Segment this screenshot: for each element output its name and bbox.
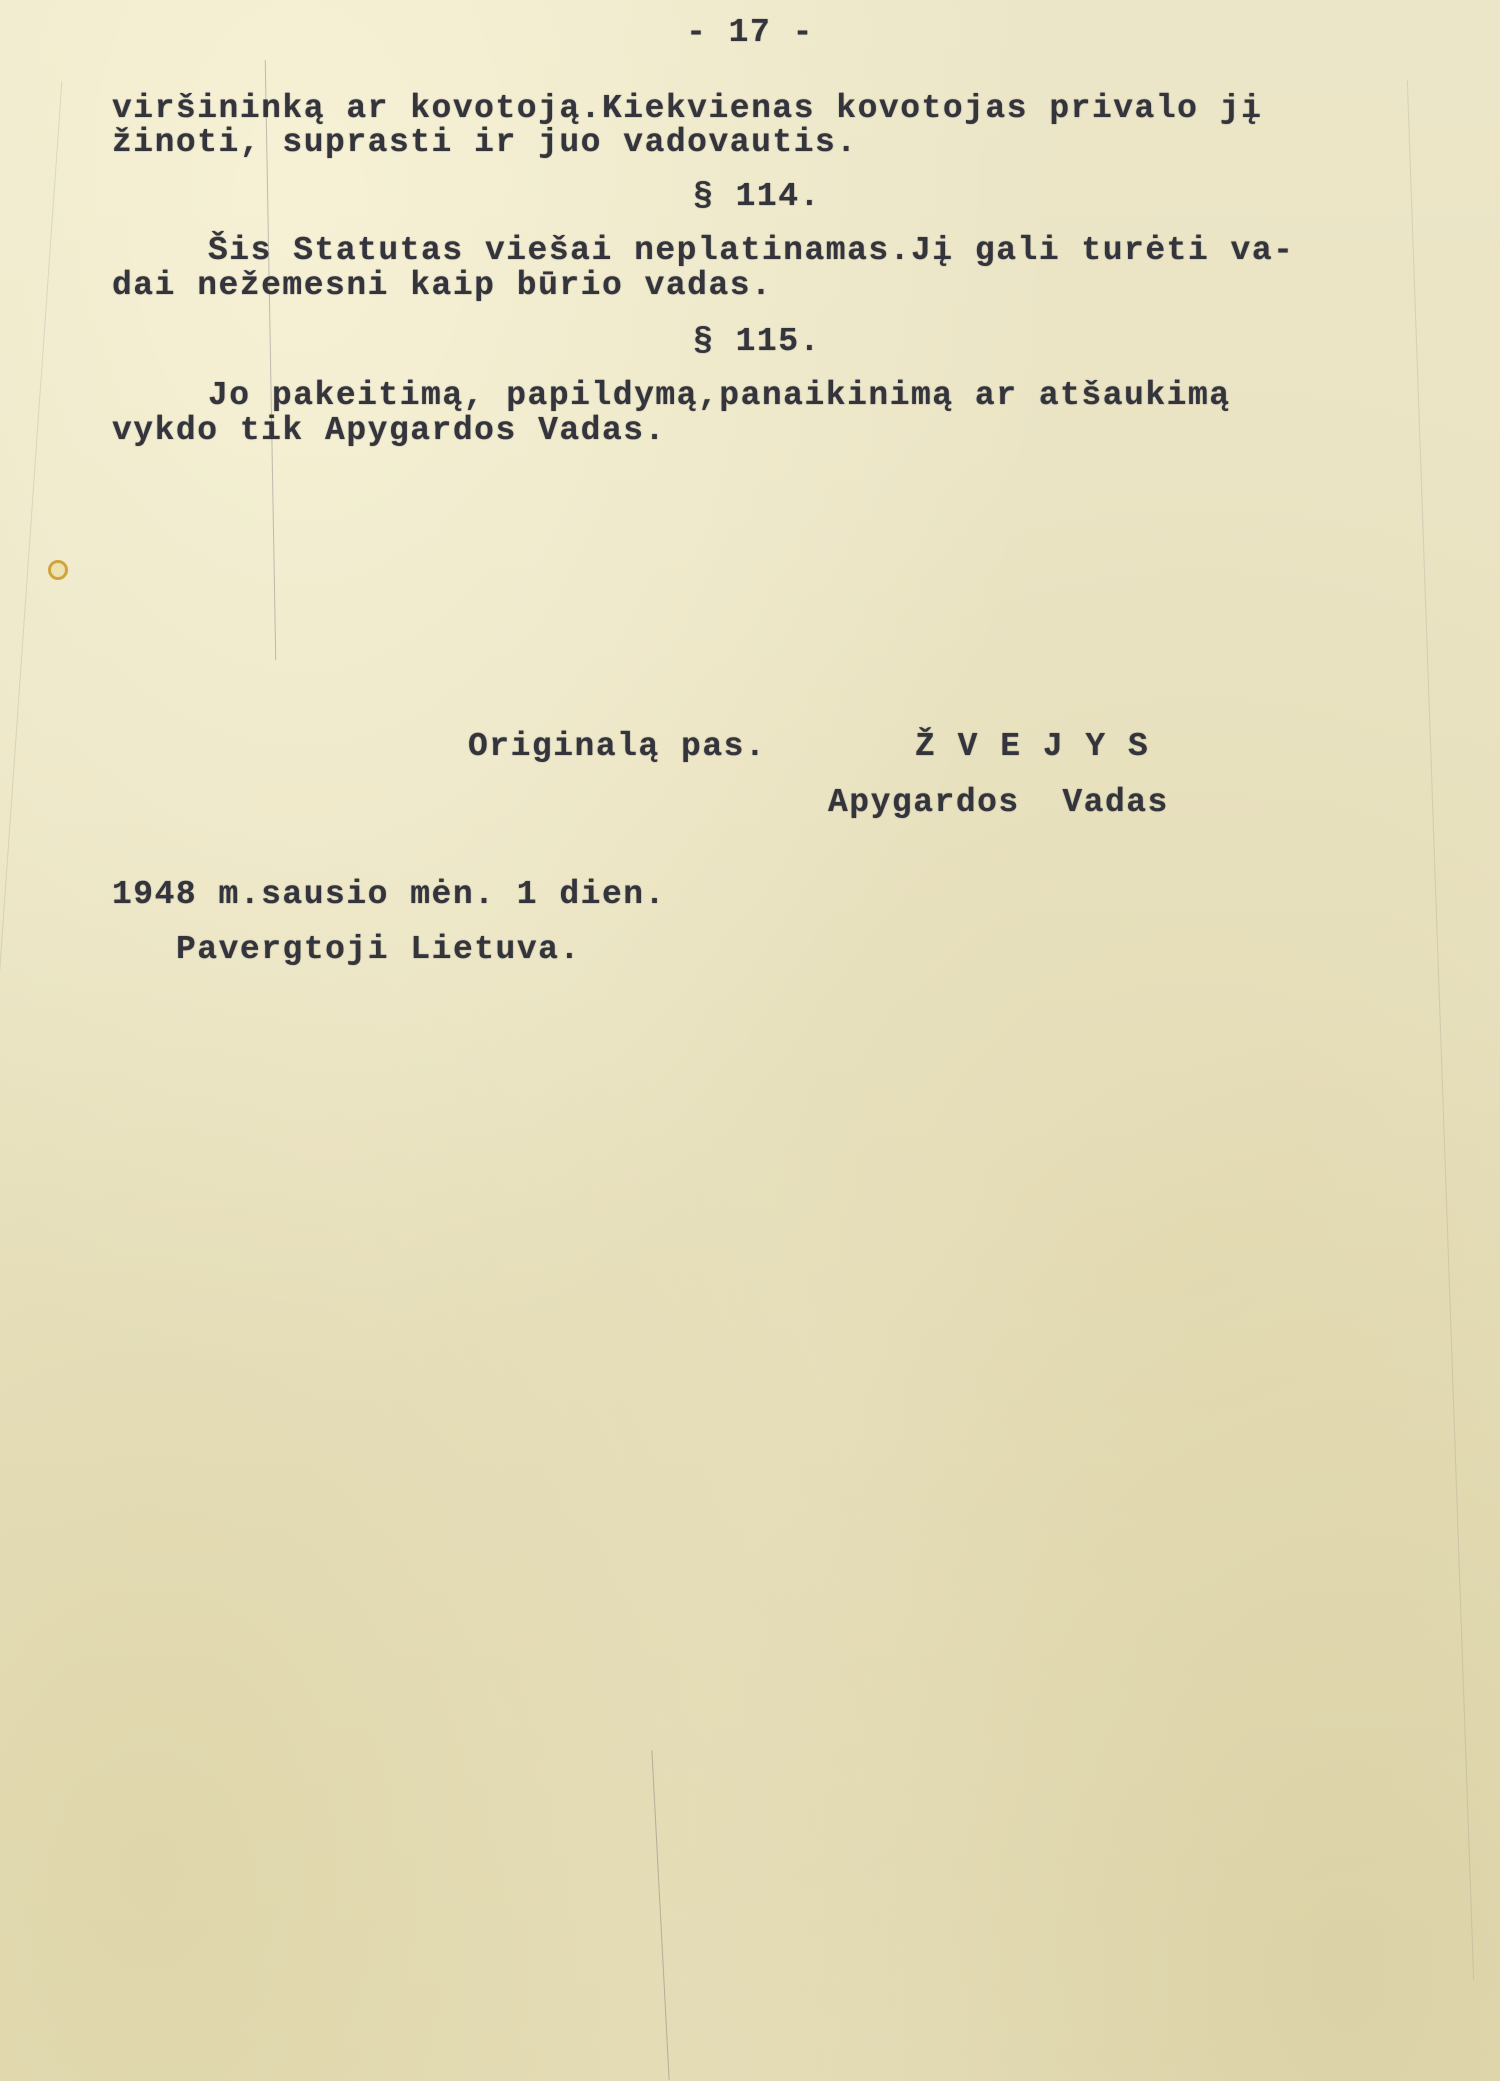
- rust-stain: [48, 560, 68, 580]
- document-page: - 17 - viršininką ar kovotoją.Kiekvienas…: [0, 0, 1500, 2081]
- section-115-line-2: vykdo tik Apygardos Vadas.: [112, 412, 666, 449]
- section-114-line-2: dai nežemesni kaip būrio vadas.: [112, 267, 772, 304]
- section-heading-115: § 115.: [693, 323, 821, 360]
- section-heading-114: § 114.: [693, 178, 821, 215]
- original-note: Originalą pas.: [468, 728, 766, 765]
- fold-line: [1407, 81, 1474, 1980]
- document-date: 1948 m.sausio mėn. 1 dien.: [112, 876, 666, 913]
- signatory-title: Apygardos Vadas: [828, 784, 1169, 821]
- signatory-name: Ž V E J Y S: [915, 728, 1149, 765]
- section-114-line-1: Šis Statutas viešai neplatinamas.Jį gali…: [208, 232, 1294, 269]
- document-place: Pavergtoji Lietuva.: [176, 931, 581, 968]
- page-number: - 17 -: [0, 14, 1500, 51]
- fold-line: [0, 81, 62, 979]
- continuation-line-2: žinoti, suprasti ir juo vadovautis.: [112, 124, 858, 161]
- fold-line: [651, 1750, 669, 2080]
- section-115-line-1: Jo pakeitimą, papildymą,panaikinimą ar a…: [208, 377, 1231, 414]
- continuation-line-1: viršininką ar kovotoją.Kiekvienas kovoto…: [112, 90, 1262, 127]
